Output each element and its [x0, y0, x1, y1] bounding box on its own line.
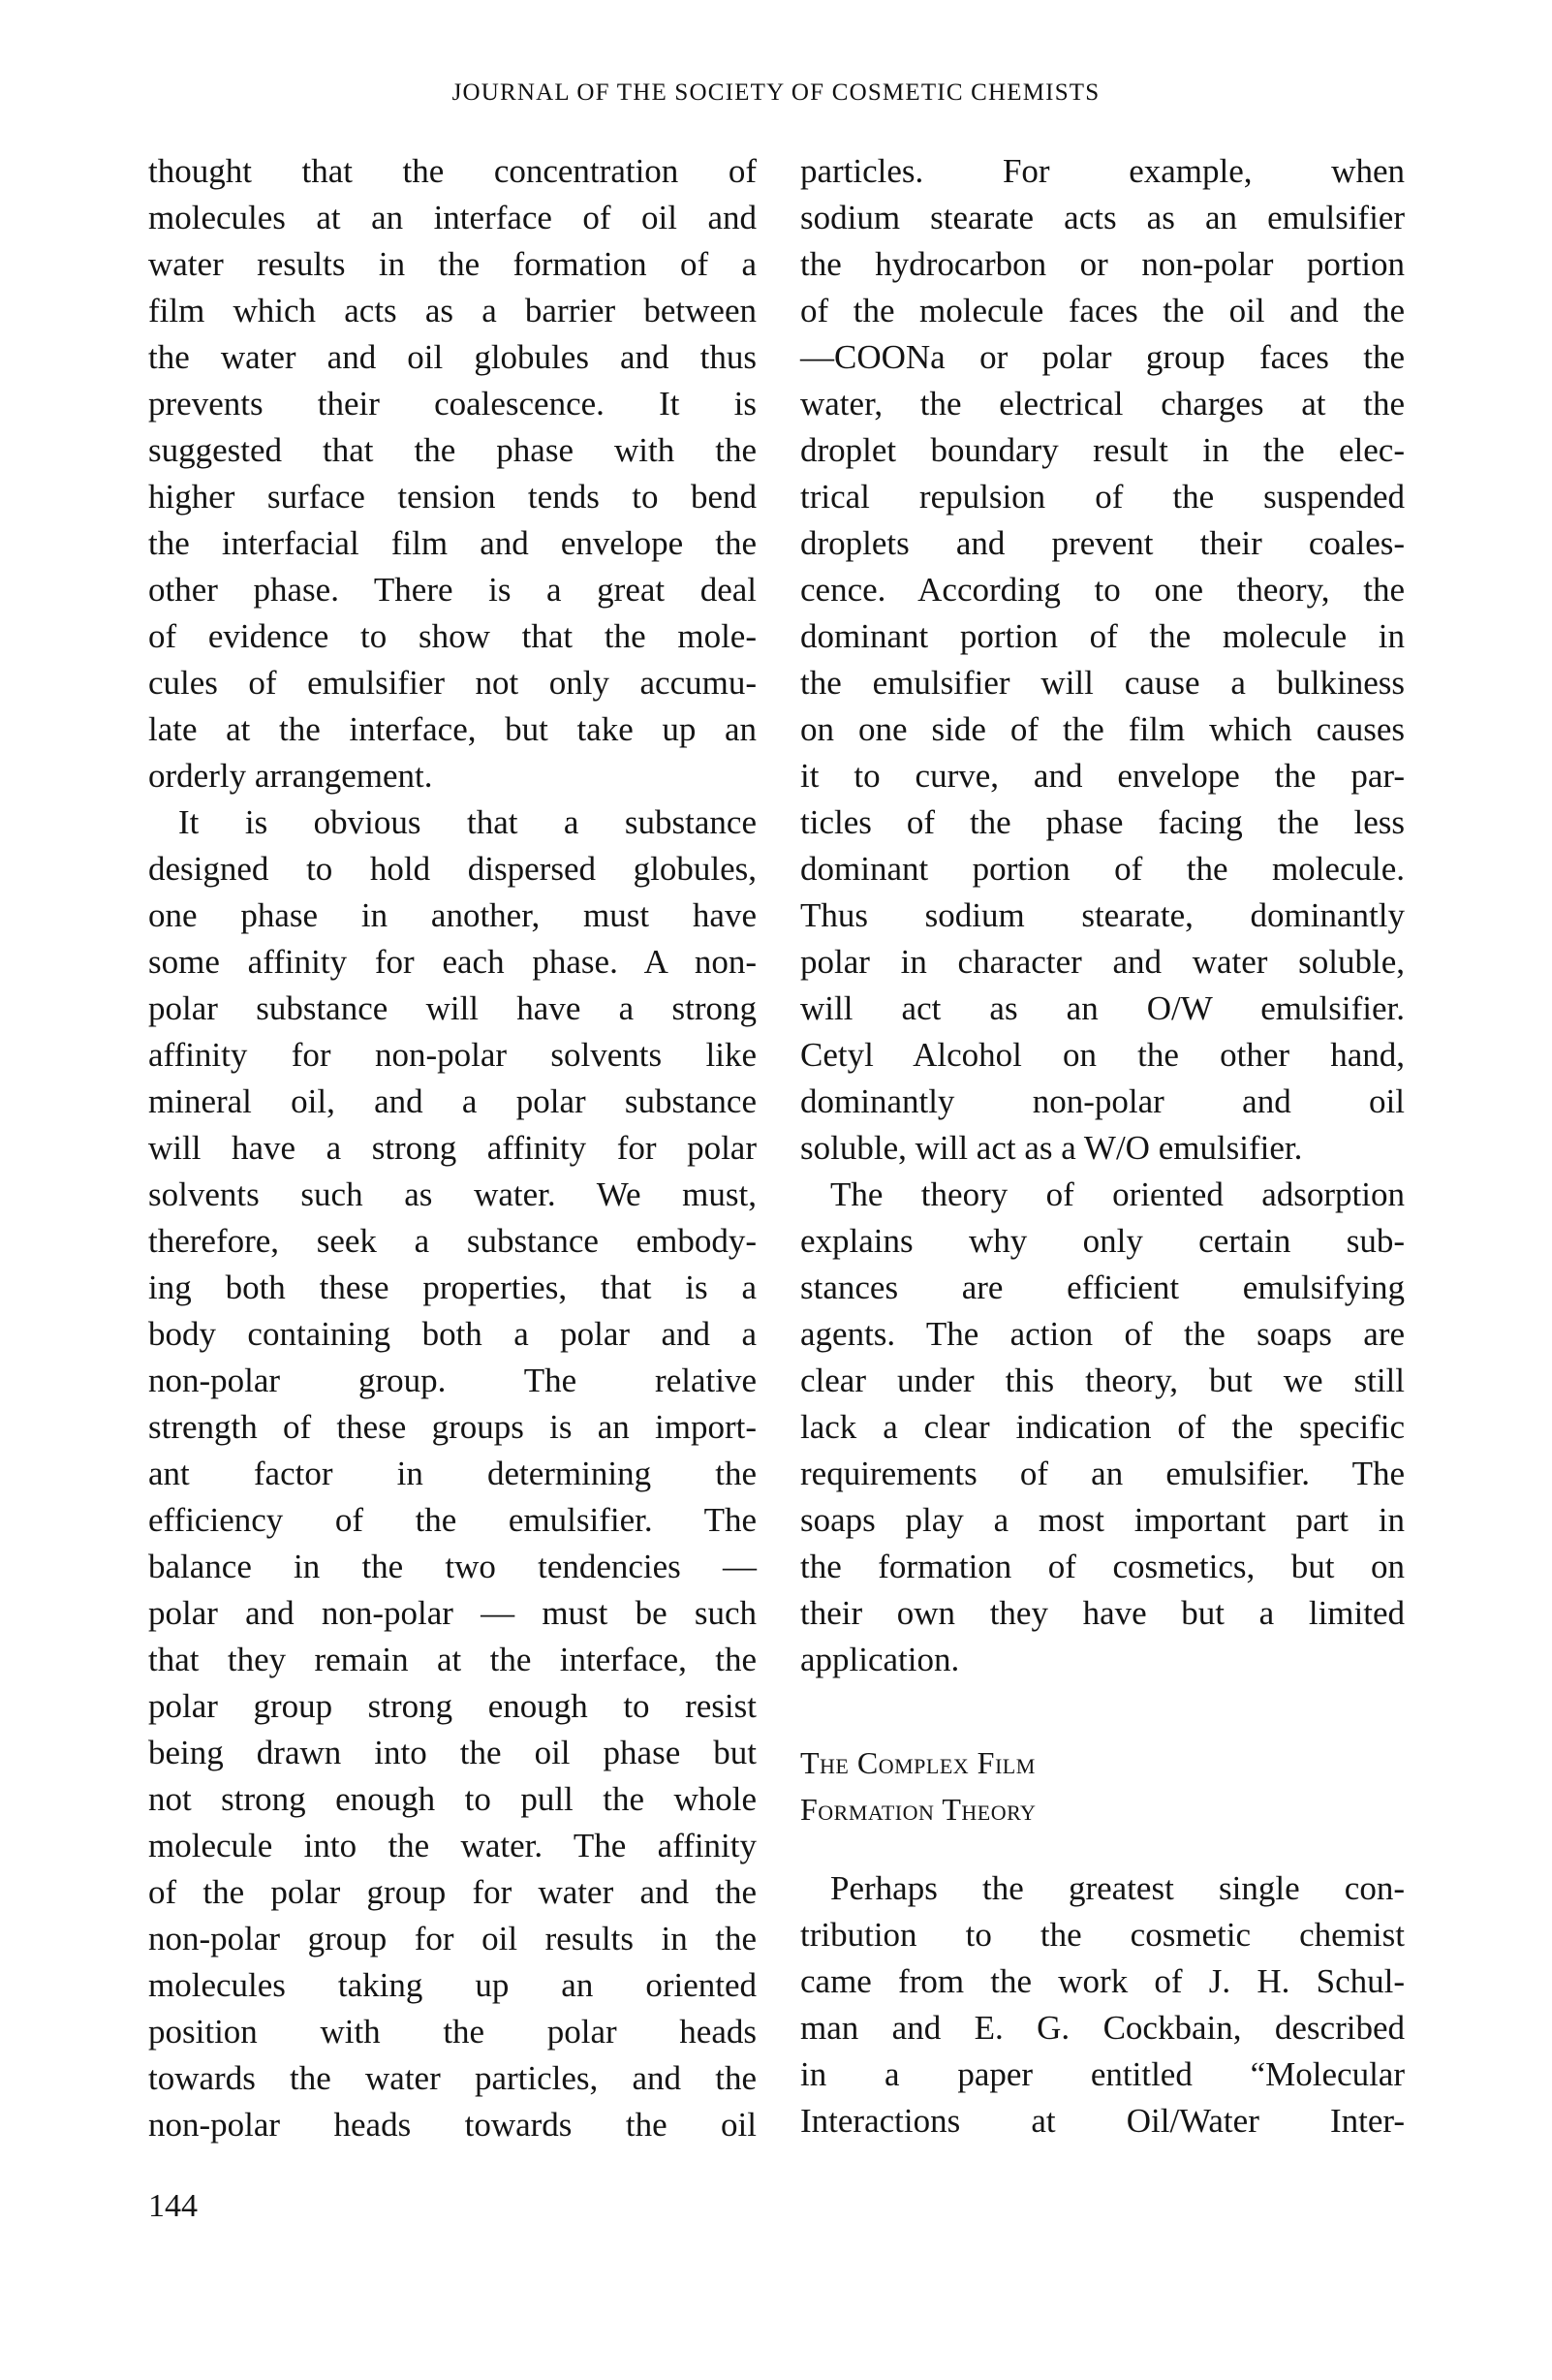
text-line: explains why only certain sub-: [800, 1218, 1405, 1265]
text-line: agents. The action of the soaps are: [800, 1311, 1405, 1358]
text-line: clear under this theory, but we still: [800, 1358, 1405, 1404]
text-line: polar and non-polar — must be such: [148, 1590, 757, 1637]
text-line: the formation of cosmetics, but on: [800, 1544, 1405, 1590]
text-line: their own they have but a limited: [800, 1590, 1405, 1637]
text-line: droplets and prevent their coales-: [800, 520, 1405, 567]
right-paragraph-1: particles. For example, when sodium stea…: [800, 148, 1405, 1172]
text-line: droplet boundary result in the elec-: [800, 427, 1405, 474]
text-line: solvents such as water. We must,: [148, 1172, 757, 1218]
text-line: ticles of the phase facing the less: [800, 799, 1405, 846]
text-line: position with the polar heads: [148, 2009, 757, 2055]
text-line: that they remain at the interface, the: [148, 1637, 757, 1683]
text-line: therefore, seek a substance embody-: [148, 1218, 757, 1265]
text-line: ant factor in determining the: [148, 1451, 757, 1497]
text-line: non-polar group. The relative: [148, 1358, 757, 1404]
text-line: particles. For example, when: [800, 148, 1405, 195]
text-line: the hydrocarbon or non-polar portion: [800, 241, 1405, 288]
text-line: prevents their coalescence. It is: [148, 381, 757, 427]
section-heading: The Complex Film Formation Theory: [800, 1739, 1405, 1832]
text-line: molecules at an interface of oil and: [148, 195, 757, 241]
left-paragraph-1: thought that the concentration of molecu…: [148, 148, 757, 799]
section-heading-line-1: The Complex Film: [800, 1739, 1405, 1786]
text-line: molecules taking up an oriented: [148, 1962, 757, 2009]
text-line: molecule into the water. The affinity: [148, 1823, 757, 1869]
right-paragraph-3: Perhaps the greatest single con- tributi…: [800, 1865, 1405, 2145]
text-line: in a paper entitled “Molecular: [800, 2051, 1405, 2098]
left-column: thought that the concentration of molecu…: [148, 148, 757, 2148]
text-line: towards the water particles, and the: [148, 2055, 757, 2102]
text-line: film which acts as a barrier between: [148, 288, 757, 334]
text-line: application.: [800, 1637, 1405, 1683]
text-line: The theory of oriented adsorption: [800, 1172, 1405, 1218]
text-line: the water and oil globules and thus: [148, 334, 757, 381]
text-line: trical repulsion of the suspended: [800, 474, 1405, 520]
text-line: one phase in another, must have: [148, 892, 757, 939]
text-line: It is obvious that a substance: [148, 799, 757, 846]
text-line: Cetyl Alcohol on the other hand,: [800, 1032, 1405, 1079]
text-line: suggested that the phase with the: [148, 427, 757, 474]
text-line: —COONa or polar group faces the: [800, 334, 1405, 381]
text-line: water results in the formation of a: [148, 241, 757, 288]
text-line: man and E. G. Cockbain, described: [800, 2005, 1405, 2051]
text-line: dominant portion of the molecule in: [800, 613, 1405, 660]
page-number: 144: [148, 2188, 198, 2225]
text-line: tribution to the cosmetic chemist: [800, 1912, 1405, 1958]
text-line: late at the interface, but take up an: [148, 706, 757, 753]
text-line: of the molecule faces the oil and the: [800, 288, 1405, 334]
text-line: mineral oil, and a polar substance: [148, 1079, 757, 1125]
text-line: ing both these properties, that is a: [148, 1265, 757, 1311]
text-line: polar in character and water soluble,: [800, 939, 1405, 986]
text-line: lack a clear indication of the specific: [800, 1404, 1405, 1451]
text-line: Thus sodium stearate, dominantly: [800, 892, 1405, 939]
text-line: efficiency of the emulsifier. The: [148, 1497, 757, 1544]
text-line: dominant portion of the molecule.: [800, 846, 1405, 892]
text-line: sodium stearate acts as an emulsifier: [800, 195, 1405, 241]
text-line: thought that the concentration of: [148, 148, 757, 195]
text-line: not strong enough to pull the whole: [148, 1776, 757, 1823]
right-column: particles. For example, when sodium stea…: [800, 148, 1405, 2145]
text-line: of evidence to show that the mole-: [148, 613, 757, 660]
text-line: higher surface tension tends to bend: [148, 474, 757, 520]
section-gap: [800, 1683, 1405, 1739]
text-line: other phase. There is a great deal: [148, 567, 757, 613]
text-line: came from the work of J. H. Schul-: [800, 1958, 1405, 2005]
heading-gap: [800, 1832, 1405, 1865]
text-line: Perhaps the greatest single con-: [800, 1865, 1405, 1912]
text-line: water, the electrical charges at the: [800, 381, 1405, 427]
text-line: body containing both a polar and a: [148, 1311, 757, 1358]
text-line: balance in the two tendencies —: [148, 1544, 757, 1590]
text-line: dominantly non-polar and oil: [800, 1079, 1405, 1125]
text-line: cence. According to one theory, the: [800, 567, 1405, 613]
text-line: non-polar group for oil results in the: [148, 1916, 757, 1962]
text-line: will have a strong affinity for polar: [148, 1125, 757, 1172]
text-line: on one side of the film which causes: [800, 706, 1405, 753]
text-line: the interfacial film and envelope the: [148, 520, 757, 567]
left-paragraph-2: It is obvious that a substance designed …: [148, 799, 757, 2148]
text-line: it to curve, and envelope the par-: [800, 753, 1405, 799]
text-line: strength of these groups is an import-: [148, 1404, 757, 1451]
text-line: will act as an O/W emulsifier.: [800, 986, 1405, 1032]
text-line: of the polar group for water and the: [148, 1869, 757, 1916]
text-line: some affinity for each phase. A non-: [148, 939, 757, 986]
text-line: designed to hold dispersed globules,: [148, 846, 757, 892]
running-head-journal-title: JOURNAL OF THE SOCIETY OF COSMETIC CHEMI…: [0, 79, 1552, 107]
section-heading-line-2: Formation Theory: [800, 1786, 1405, 1832]
text-line: polar group strong enough to resist: [148, 1683, 757, 1730]
text-line: soaps play a most important part in: [800, 1497, 1405, 1544]
text-line: affinity for non-polar solvents like: [148, 1032, 757, 1079]
text-line: orderly arrangement.: [148, 753, 757, 799]
text-line: polar substance will have a strong: [148, 986, 757, 1032]
text-line: soluble, will act as a W/O emulsifier.: [800, 1125, 1405, 1172]
text-line: cules of emulsifier not only accumu-: [148, 660, 757, 706]
text-line: Interactions at Oil/Water Inter-: [800, 2098, 1405, 2145]
right-paragraph-2: The theory of oriented adsorption explai…: [800, 1172, 1405, 1683]
text-line: being drawn into the oil phase but: [148, 1730, 757, 1776]
text-line: non-polar heads towards the oil: [148, 2102, 757, 2148]
text-line: the emulsifier will cause a bulkiness: [800, 660, 1405, 706]
text-line: requirements of an emulsifier. The: [800, 1451, 1405, 1497]
text-line: stances are efficient emulsifying: [800, 1265, 1405, 1311]
